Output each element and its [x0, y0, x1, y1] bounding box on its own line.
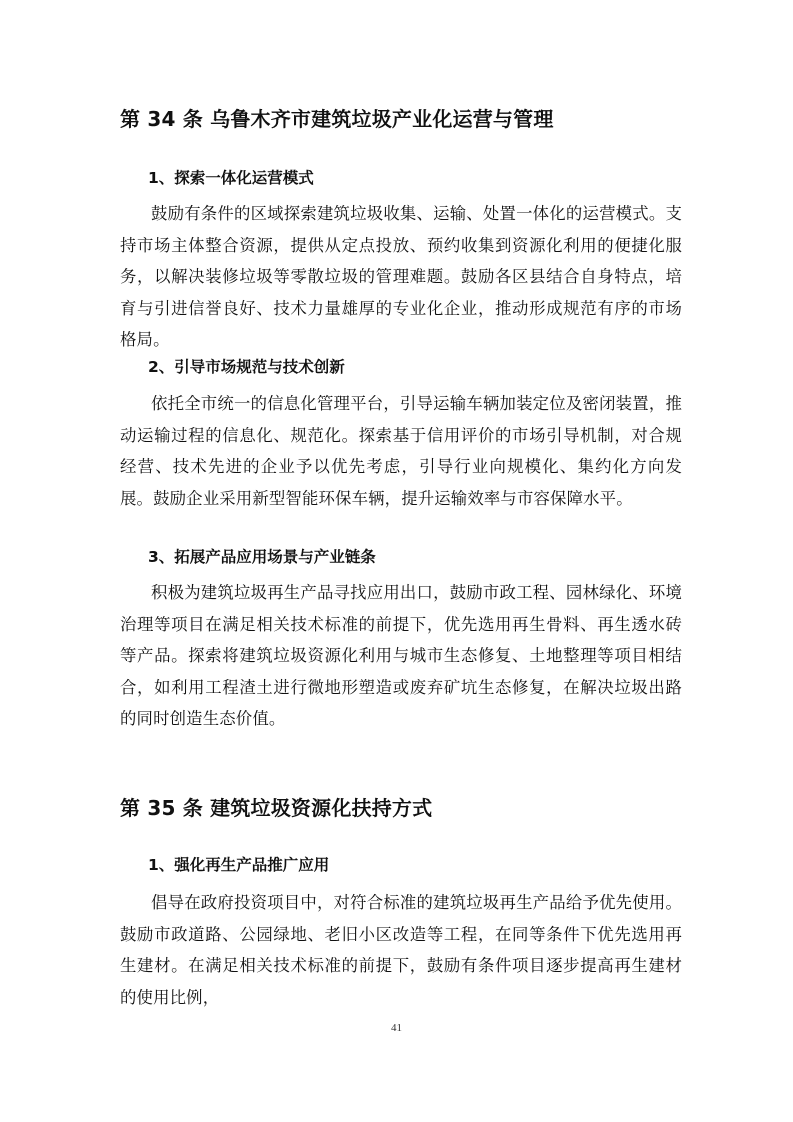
article-34-title: 第 34 条 乌鲁木齐市建筑垃圾产业化运营与管理: [120, 106, 554, 132]
article-34-section-2-heading: 2、引导市场规范与技术创新: [148, 356, 345, 378]
article-34-section-3-heading: 3、拓展产品应用场景与产业链条: [148, 546, 376, 568]
article-35-section-1-heading: 1、强化再生产品推广应用: [148, 854, 329, 876]
article-34-section-1-body: 鼓励有条件的区域探索建筑垃圾收集、运输、处置一体化的运营模式。支持市场主体整合资…: [120, 198, 682, 356]
document-page: 第 34 条 乌鲁木齐市建筑垃圾产业化运营与管理 1、探索一体化运营模式 鼓励有…: [0, 0, 793, 1122]
article-35-title: 第 35 条 建筑垃圾资源化扶持方式: [120, 795, 432, 821]
article-34-section-3-body: 积极为建筑垃圾再生产品寻找应用出口，鼓励市政工程、园林绿化、环境治理等项目在满足…: [120, 577, 682, 735]
article-35-section-1-body: 倡导在政府投资项目中，对符合标准的建筑垃圾再生产品给予优先使用。鼓励市政道路、公…: [120, 887, 682, 1013]
page-number: 41: [0, 1022, 793, 1034]
article-34-section-2-body: 依托全市统一的信息化管理平台，引导运输车辆加装定位及密闭装置，推动运输过程的信息…: [120, 388, 682, 514]
article-34-section-1-heading: 1、探索一体化运营模式: [148, 167, 314, 189]
